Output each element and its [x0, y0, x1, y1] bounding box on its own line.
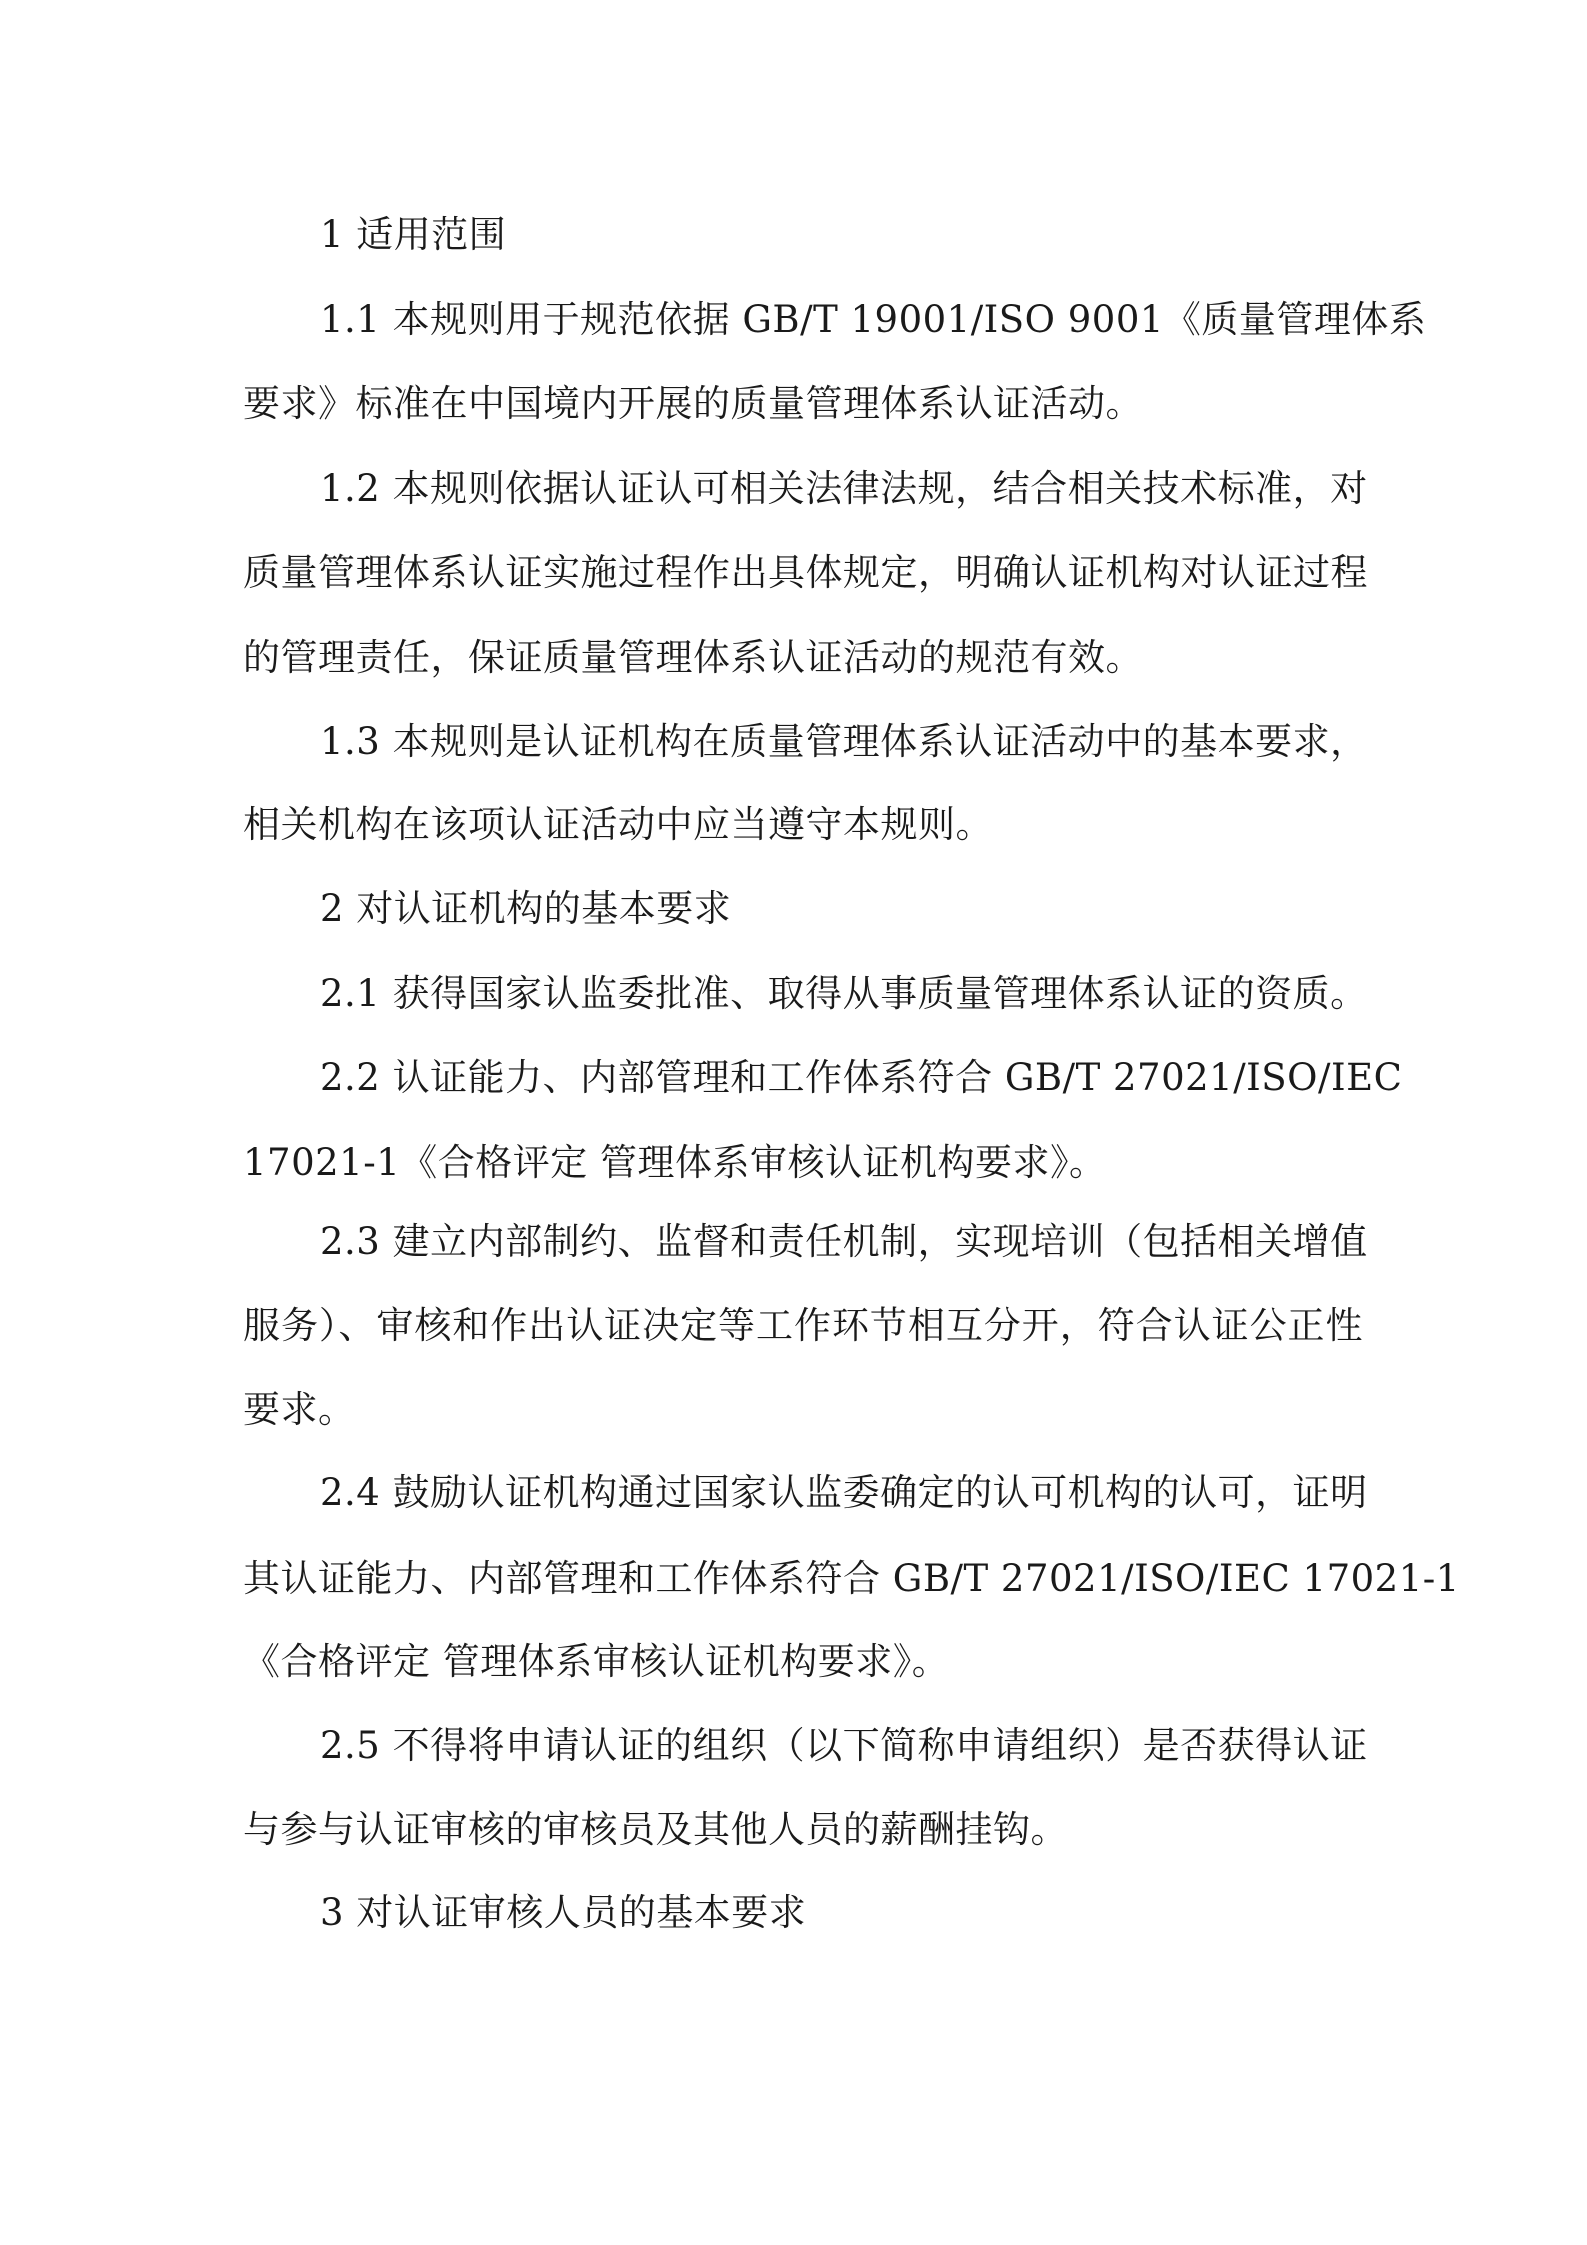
paragraph-1-2-line-1: 1.2 本规则依据认证认可相关法律法规，结合相关技术标准，对	[320, 465, 1360, 513]
paragraph-1-1-line-1: 1.1 本规则用于规范依据 GB/T 19001/ISO 9001《质量管理体系	[320, 296, 1360, 344]
paragraph-2-3-line-1: 2.3 建立内部制约、监督和责任机制，实现培训（包括相关增值	[320, 1218, 1360, 1266]
paragraph-1-3-line-1: 1.3 本规则是认证机构在质量管理体系认证活动中的基本要求，	[320, 718, 1360, 766]
section-heading-3: 3 对认证审核人员的基本要求	[320, 1889, 1440, 1937]
paragraph-2-2-line-2: 17021-1《合格评定 管理体系审核认证机构要求》。	[243, 1139, 1363, 1187]
section-heading-2: 2 对认证机构的基本要求	[320, 885, 1440, 933]
paragraph-1-2-line-3: 的管理责任，保证质量管理体系认证活动的规范有效。	[243, 634, 1363, 682]
section-heading-1: 1 适用范围	[320, 211, 1440, 259]
paragraph-2-3-line-3: 要求。	[243, 1386, 1363, 1434]
paragraph-1-2-line-2: 质量管理体系认证实施过程作出具体规定，明确认证机构对认证过程	[243, 549, 1363, 597]
paragraph-2-4-line-3: 《合格评定 管理体系审核认证机构要求》。	[243, 1638, 1363, 1686]
paragraph-1-1-line-2: 要求》标准在中国境内开展的质量管理体系认证活动。	[243, 380, 1363, 428]
paragraph-2-4-line-2: 其认证能力、内部管理和工作体系符合 GB/T 27021/ISO/IEC 170…	[243, 1555, 1363, 1603]
paragraph-2-5-line-2: 与参与认证审核的审核员及其他人员的薪酬挂钩。	[243, 1806, 1363, 1854]
paragraph-2-2-line-1: 2.2 认证能力、内部管理和工作体系符合 GB/T 27021/ISO/IEC	[320, 1054, 1360, 1102]
document-page: 1 适用范围 1.1 本规则用于规范依据 GB/T 19001/ISO 9001…	[0, 0, 1587, 2245]
paragraph-2-4-line-1: 2.4 鼓励认证机构通过国家认监委确定的认可机构的认可，证明	[320, 1469, 1360, 1517]
paragraph-1-3-line-2: 相关机构在该项认证活动中应当遵守本规则。	[243, 801, 1363, 849]
paragraph-2-3-line-2: 服务）、审核和作出认证决定等工作环节相互分开，符合认证公正性	[243, 1302, 1363, 1350]
paragraph-2-5-line-1: 2.5 不得将申请认证的组织（以下简称申请组织）是否获得认证	[320, 1722, 1360, 1770]
paragraph-2-1-line-1: 2.1 获得国家认监委批准、取得从事质量管理体系认证的资质。	[320, 970, 1440, 1018]
